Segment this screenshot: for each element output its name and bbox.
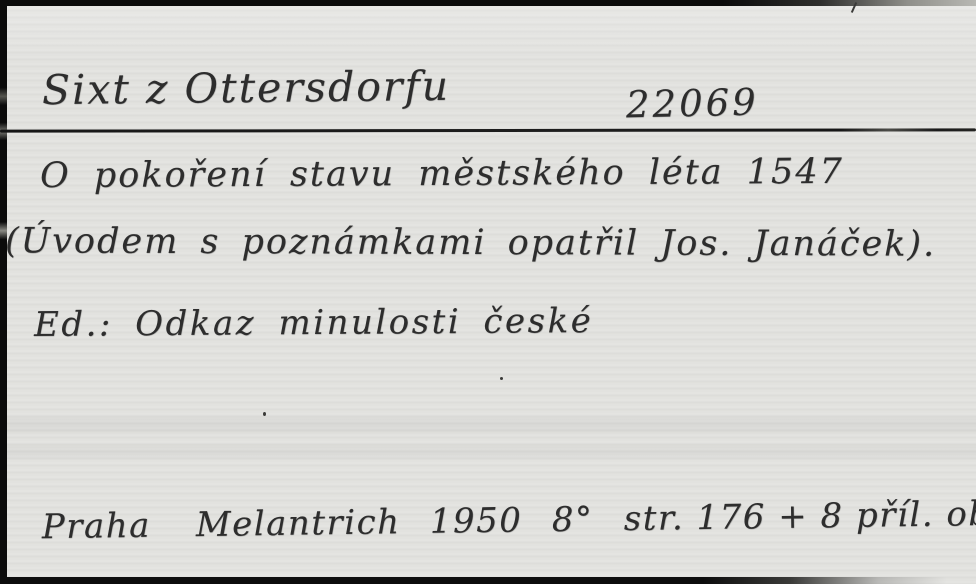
paper-speck: [263, 412, 266, 416]
scan-edge-left: [0, 0, 7, 584]
title-line: O pokoření stavu městského léta 1547: [40, 152, 844, 196]
statement-of-responsibility-line: (Úvodem s poznámkami opatřil Jos. Janáče…: [5, 221, 936, 264]
header-rule: [0, 128, 976, 132]
imprint-year: 1950: [430, 501, 523, 542]
imprint-publisher: Melantrich: [196, 502, 401, 545]
imprint-place: Praha: [42, 506, 152, 548]
series-note-line: Ed.: Odkaz minulosti české: [34, 301, 594, 345]
scan-edge-bottom: [0, 577, 976, 584]
imprint-format: 8°: [552, 500, 594, 541]
author-heading: Sixt z Ottersdorfu: [42, 62, 451, 114]
scan-edge-top: [0, 0, 976, 6]
imprint-extent: str. 176 + 8 příl. ob.: [623, 494, 976, 539]
catalog-number: 22069: [626, 81, 760, 127]
library-catalog-card: Sixt z Ottersdorfu 22069 O pokoření stav…: [0, 0, 976, 584]
paper-speck: [500, 377, 503, 380]
imprint-line: Praha Melantrich 1950 8° str. 176 + 8 př…: [0, 494, 976, 578]
